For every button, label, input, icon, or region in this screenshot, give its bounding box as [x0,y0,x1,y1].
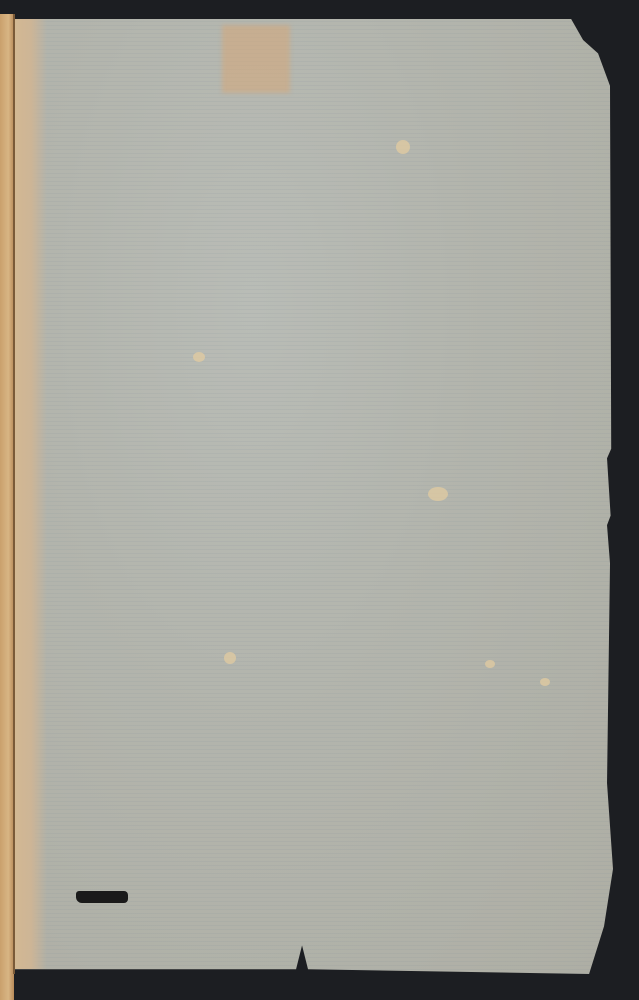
paper-leaf [15,19,613,974]
paper-speck [428,487,448,501]
paper-speck [540,678,550,686]
paper-speck [193,352,205,362]
ink-mark [76,891,128,903]
paper-speck [485,660,495,668]
leaf-gutter-margin [15,19,47,969]
paper-speck [224,652,236,664]
paper-speck [396,140,410,154]
paper-stain [222,25,290,93]
book-spine [0,14,14,1000]
page-photo [0,0,639,1000]
